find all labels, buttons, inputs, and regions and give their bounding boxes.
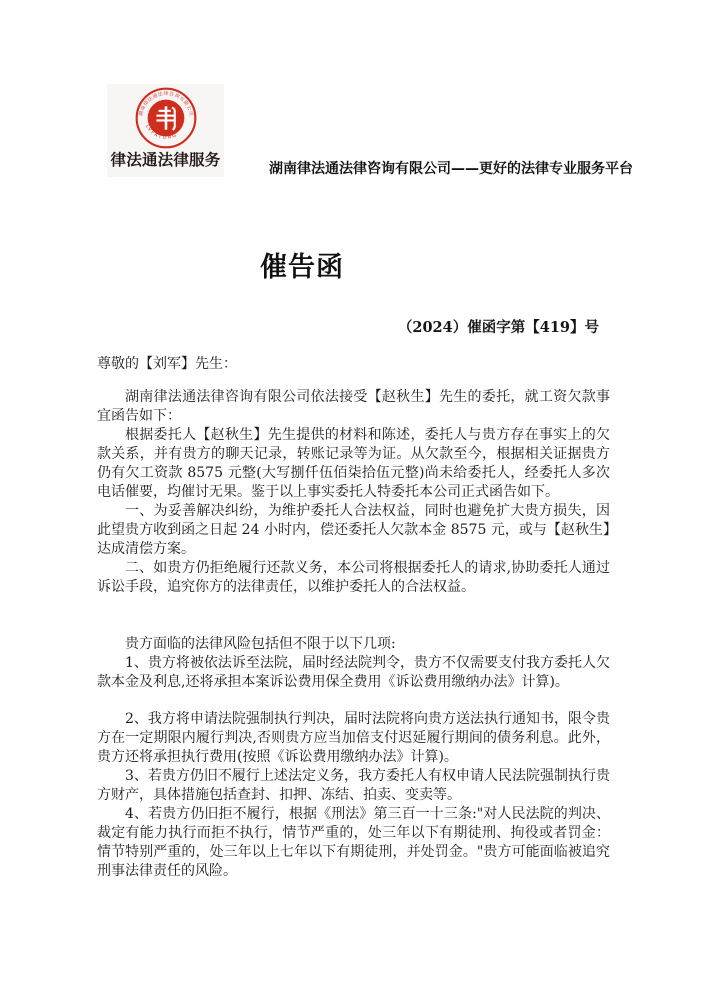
document-number: （2024）催函字第【419】号 [398, 316, 599, 337]
document-body: 尊敬的【刘军】先生： 湖南律法通法律咨询有限公司依法接受【赵秋生】先生的委托，就… [97, 355, 610, 881]
paragraph-demand-1: 一、为妥善解决纠纷，为维护委托人合法权益，同时也避免扩大贵方损失，因此望贵方收到… [97, 502, 610, 559]
company-logo: 湖南律法通法律咨询有限公司 LVFATONG 律法通法律服务 [107, 84, 224, 177]
document-title: 催告函 [260, 245, 344, 284]
paragraph-risk-4: 4、若贵方仍旧拒不履行，根据《刑法》第三百一十三条:"对人民法院的判决、裁定有能… [97, 805, 610, 881]
paragraph-risk-2: 2、我方将申请法院强制执行判决，届时法院将向贵方送法执行通知书，限令贵方在一定期… [97, 710, 610, 767]
logo-label: 律法通法律服务 [107, 153, 224, 169]
paragraph-facts: 根据委托人【赵秋生】先生提供的材料和陈述，委托人与贵方存在事实上的欠款关系，并有… [97, 426, 610, 502]
document-page: 湖南律法通法律咨询有限公司 LVFATONG 律法通法律服务 湖南律法通法律 [0, 0, 707, 999]
salutation: 尊敬的【刘军】先生： [97, 355, 610, 374]
company-tagline: 湖南律法通法律咨询有限公司——更好的法律专业服务平台 [269, 158, 633, 178]
company-seal-icon: 湖南律法通法律咨询有限公司 LVFATONG [107, 86, 224, 152]
paragraph-risk-3: 3、若贵方仍旧不履行上述法定义务，我方委托人有权申请人民法院强制执行贵方财产，具… [97, 767, 610, 805]
paragraph-risk-1: 1、贵方将被依法诉至法院，届时经法院判令，贵方不仅需要支付我方委托人欠款本金及利… [97, 654, 610, 692]
paragraph-demand-2: 二、如贵方仍拒绝履行还款义务，本公司将根据委托人的请求,协助委托人通过诉讼手段，… [97, 559, 610, 597]
paragraph-risk-heading: 贵方面临的法律风险包括但不限于以下几项: [97, 635, 610, 654]
paragraph-intro: 湖南律法通法律咨询有限公司依法接受【赵秋生】先生的委托，就工资欠款事宜函告如下： [97, 388, 610, 426]
